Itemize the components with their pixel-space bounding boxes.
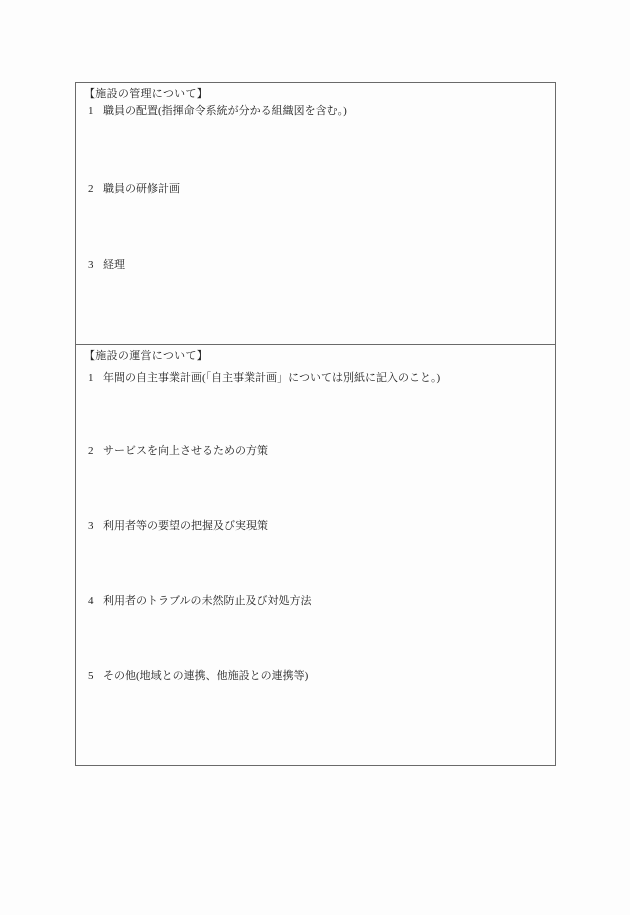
list-item: 4利用者のトラブルの未然防止及び対処方法 [76, 595, 555, 608]
item-number: 5 [88, 670, 103, 683]
list-item: 1年間の自主事業計画(「自主事業計画」については別紙に記入のこと。) [76, 372, 555, 385]
list-item: 3経理 [76, 259, 555, 272]
item-number: 1 [88, 105, 103, 118]
item-number: 2 [88, 445, 103, 458]
item-number: 3 [88, 520, 103, 533]
item-number: 1 [88, 372, 103, 385]
item-text: その他(地域との連携、他施設との連携等) [103, 670, 308, 682]
item-text: 利用者のトラブルの未然防止及び対処方法 [103, 595, 312, 607]
list-item: 2サービスを向上させるための方策 [76, 445, 555, 458]
list-item: 1職員の配置(指揮命令系統が分かる組織図を含む。) [76, 105, 555, 118]
item-text: 職員の研修計画 [103, 183, 180, 195]
item-text: 職員の配置(指揮命令系統が分かる組織図を含む。) [103, 105, 347, 117]
item-text: サービスを向上させるための方策 [103, 445, 268, 457]
document-page: 【施設の管理について】 1職員の配置(指揮命令系統が分かる組織図を含む。) 2職… [0, 0, 630, 915]
item-number: 4 [88, 595, 103, 608]
section-facility-management: 【施設の管理について】 1職員の配置(指揮命令系統が分かる組織図を含む。) 2職… [75, 82, 556, 345]
item-number: 3 [88, 259, 103, 272]
section-facility-operation: 【施設の運営について】 1年間の自主事業計画(「自主事業計画」については別紙に記… [75, 345, 556, 766]
section-title: 【施設の管理について】 [76, 88, 555, 101]
list-item: 3利用者等の要望の把握及び実現策 [76, 520, 555, 533]
section-title: 【施設の運営について】 [76, 350, 555, 363]
list-item: 2職員の研修計画 [76, 183, 555, 196]
item-text: 利用者等の要望の把握及び実現策 [103, 520, 268, 532]
list-item: 5その他(地域との連携、他施設との連携等) [76, 670, 555, 683]
item-text: 年間の自主事業計画(「自主事業計画」については別紙に記入のこと。) [103, 372, 440, 384]
item-number: 2 [88, 183, 103, 196]
item-text: 経理 [103, 259, 125, 271]
